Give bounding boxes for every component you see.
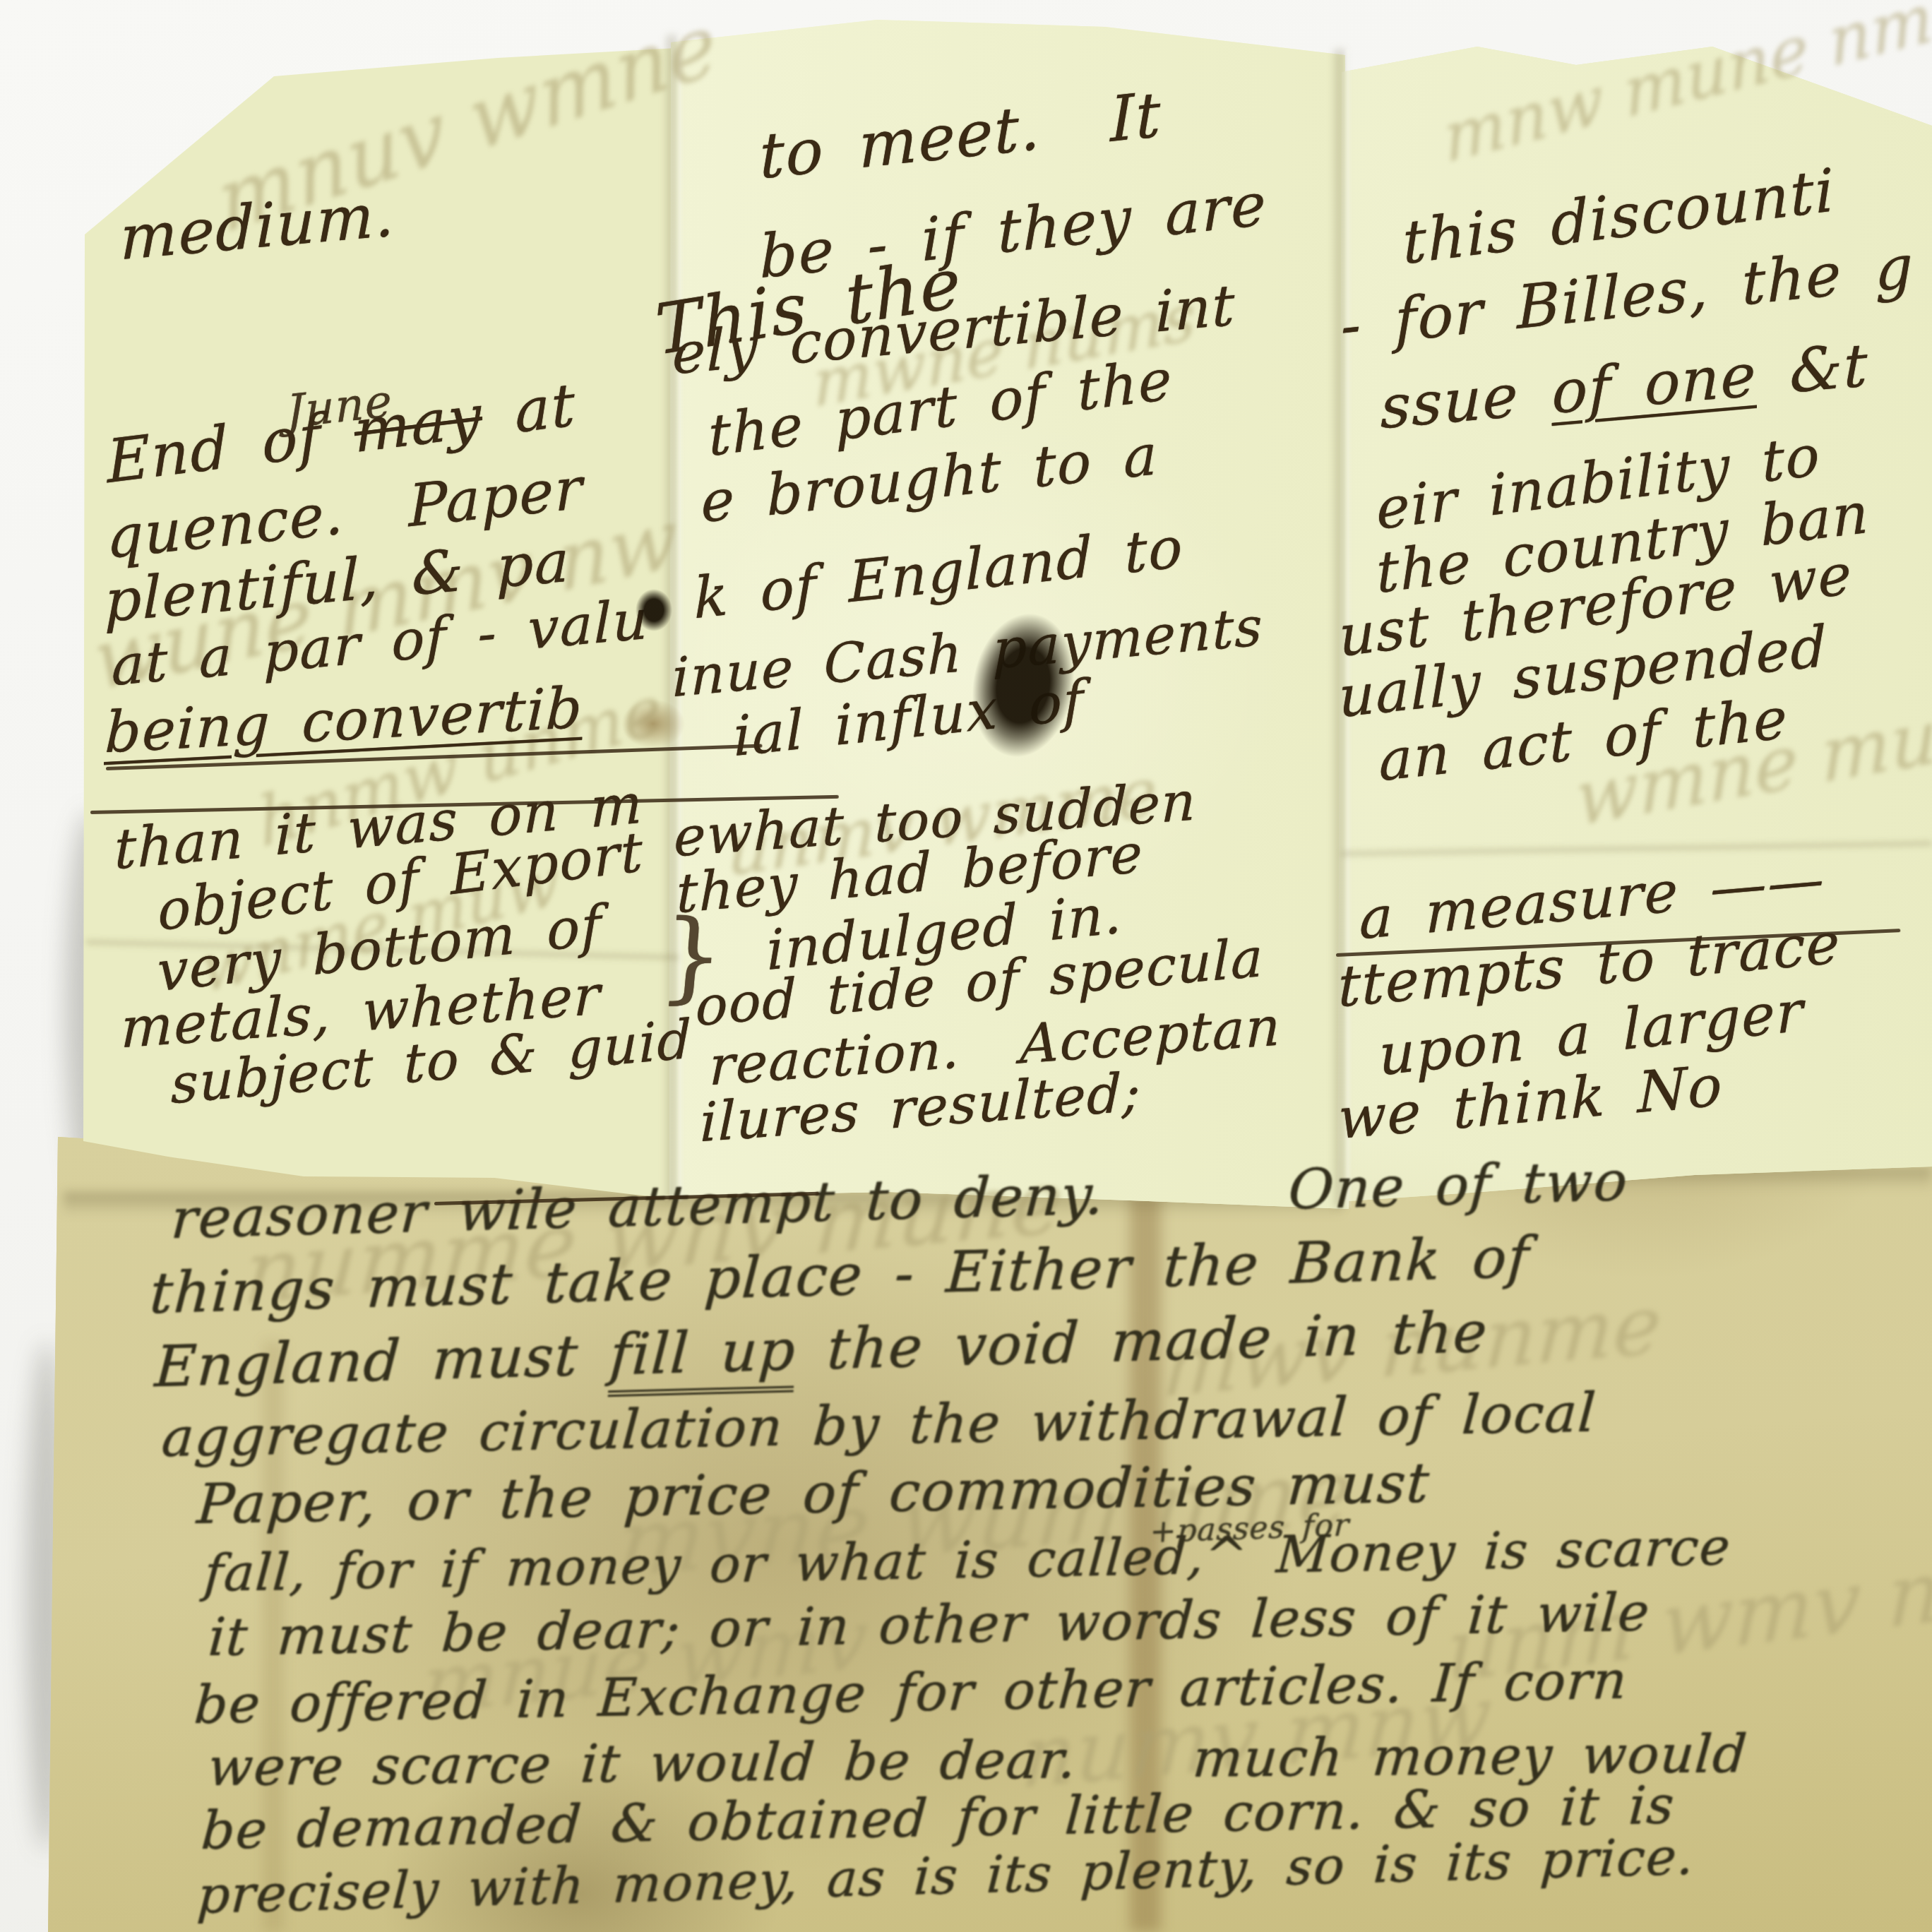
ink-blot: [636, 589, 672, 631]
ink-blot: [961, 605, 1085, 765]
ink-blots-layer: [0, 0, 1932, 1932]
photo-backdrop: mnuv wmnewune mmv nwhnmw unmemwne numsun…: [0, 0, 1932, 1932]
